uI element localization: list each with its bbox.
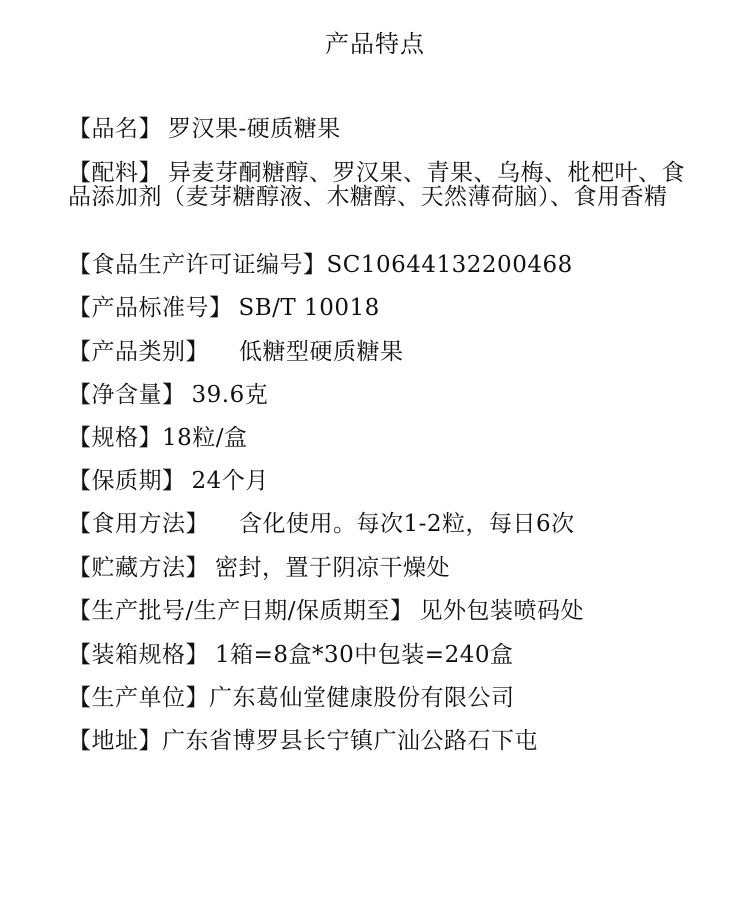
spec-value: 罗汉果-硬质糖果 bbox=[168, 116, 341, 142]
spec-value: SC10644132200468 bbox=[327, 252, 573, 278]
spec-value: 密封，置于阴凉干燥处 bbox=[215, 555, 450, 581]
spec-label: 【生产批号/生产日期/保质期至】 bbox=[68, 598, 414, 624]
spec-label: 【贮藏方法】 bbox=[68, 555, 209, 581]
spec-label: 【食品生产许可证编号】 bbox=[68, 252, 327, 278]
spec-value: 含化使用。每次1-2粒，每日6次 bbox=[239, 511, 575, 537]
spec-value: 1箱=8盒*30中包装=240盒 bbox=[215, 642, 513, 668]
spec-row-usage: 【食用方法】含化使用。每次1-2粒，每日6次 bbox=[68, 509, 708, 539]
spec-label: 【食用方法】 bbox=[68, 511, 209, 537]
spec-row-product-name: 【品名】罗汉果-硬质糖果 bbox=[68, 114, 708, 144]
spec-label: 【品名】 bbox=[68, 116, 162, 142]
spec-value: 低糖型硬质糖果 bbox=[239, 339, 404, 365]
spec-value: 广东省博罗县长宁镇广汕公路石下屯 bbox=[162, 728, 538, 754]
spec-value: 见外包装喷码处 bbox=[420, 598, 585, 624]
spec-label: 【配料】 bbox=[68, 160, 162, 186]
spec-value: SB/T 10018 bbox=[239, 295, 380, 321]
page-title: 产品特点 bbox=[0, 26, 750, 62]
spec-row-package-spec: 【规格】18粒/盒 bbox=[68, 423, 708, 453]
spec-label: 【装箱规格】 bbox=[68, 642, 209, 668]
spec-label: 【保质期】 bbox=[68, 468, 186, 494]
spec-row-storage: 【贮藏方法】密封，置于阴凉干燥处 bbox=[68, 553, 708, 583]
spec-row-address: 【地址】广东省博罗县长宁镇广汕公路石下屯 bbox=[68, 726, 708, 756]
spec-value: 18粒/盒 bbox=[162, 425, 248, 451]
spec-label: 【生产单位】 bbox=[68, 685, 209, 711]
spec-row-net-weight: 【净含量】39.6克 bbox=[68, 380, 708, 410]
spec-label: 【地址】 bbox=[68, 728, 162, 754]
spec-label: 【净含量】 bbox=[68, 382, 186, 408]
spec-label: 【产品类别】 bbox=[68, 339, 209, 365]
spec-row-license-number: 【食品生产许可证编号】SC10644132200468 bbox=[68, 250, 708, 280]
spec-value: 24个月 bbox=[192, 468, 269, 494]
spec-row-standard-number: 【产品标准号】SB/T 10018 bbox=[68, 293, 708, 323]
spec-value: 广东葛仙堂健康股份有限公司 bbox=[209, 685, 515, 711]
spec-row-category: 【产品类别】低糖型硬质糖果 bbox=[68, 337, 708, 367]
spec-row-manufacturer: 【生产单位】广东葛仙堂健康股份有限公司 bbox=[68, 683, 708, 713]
spec-label: 【规格】 bbox=[68, 425, 162, 451]
spec-label: 【产品标准号】 bbox=[68, 295, 233, 321]
spec-value: 39.6克 bbox=[192, 382, 269, 408]
spec-row-shelf-life: 【保质期】24个月 bbox=[68, 466, 708, 496]
spec-row-carton-spec: 【装箱规格】1箱=8盒*30中包装=240盒 bbox=[68, 640, 708, 670]
spec-row-ingredients: 【配料】异麦芽酮糖醇、罗汉果、青果、乌梅、枇杷叶、食品添加剂（麦芽糖醇液、木糖醇… bbox=[68, 161, 708, 209]
spec-row-batch-date: 【生产批号/生产日期/保质期至】见外包装喷码处 bbox=[68, 596, 708, 626]
